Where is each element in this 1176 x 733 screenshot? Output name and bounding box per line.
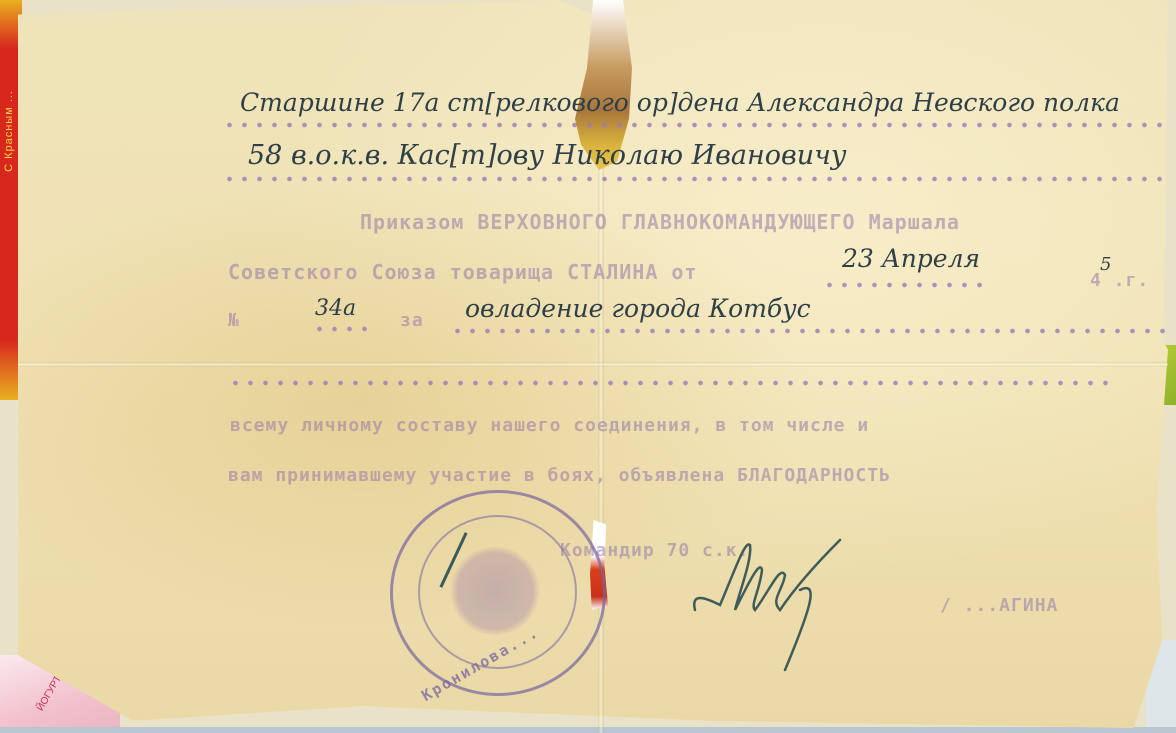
typed-za: за	[400, 310, 424, 331]
typed-line-personnel: всему личному составу нашего соединения,…	[230, 415, 869, 436]
dotted-rule	[312, 326, 372, 332]
official-stamp: Кронилова...	[390, 490, 606, 696]
recipient-line-2: 58 в.о.к.в. Кас[т]ову Николаю Ивановичу	[248, 140, 847, 171]
dotted-rule	[222, 176, 1172, 182]
typed-line-order: Приказом ВЕРХОВНОГО ГЛАВНОКОМАНДУЮЩЕГО М…	[360, 210, 960, 234]
typed-line-gratitude: вам принимавшему участие в боях, объявле…	[228, 465, 891, 486]
fold-crease-horizontal	[18, 362, 1168, 367]
background-surface-bottom	[0, 727, 1176, 733]
dotted-rule	[822, 282, 987, 288]
handwritten-operation: овладение города Котбус	[465, 294, 811, 323]
typed-year-suffix: 4 .г.	[1090, 270, 1149, 291]
typed-number-sign: №	[228, 310, 240, 331]
recipient-line-1: Старшине 17а ст[релкового ор]дена Алекса…	[240, 88, 1120, 117]
handwritten-date: 23 Апреля	[842, 244, 980, 273]
typed-commander-name: / ...АГИНА	[940, 595, 1058, 616]
dotted-rule	[228, 380, 1118, 386]
typed-line-stalin: Советского Союза товарища СТАЛИНА от	[228, 260, 697, 284]
background-wrapper-left-text: С Красным ...	[3, 90, 19, 172]
signature	[690, 530, 890, 680]
stamp-emblem-icon	[450, 547, 540, 635]
handwritten-order-number: 34а	[315, 296, 356, 321]
dotted-rule	[222, 122, 1172, 128]
dotted-rule	[450, 328, 1165, 334]
